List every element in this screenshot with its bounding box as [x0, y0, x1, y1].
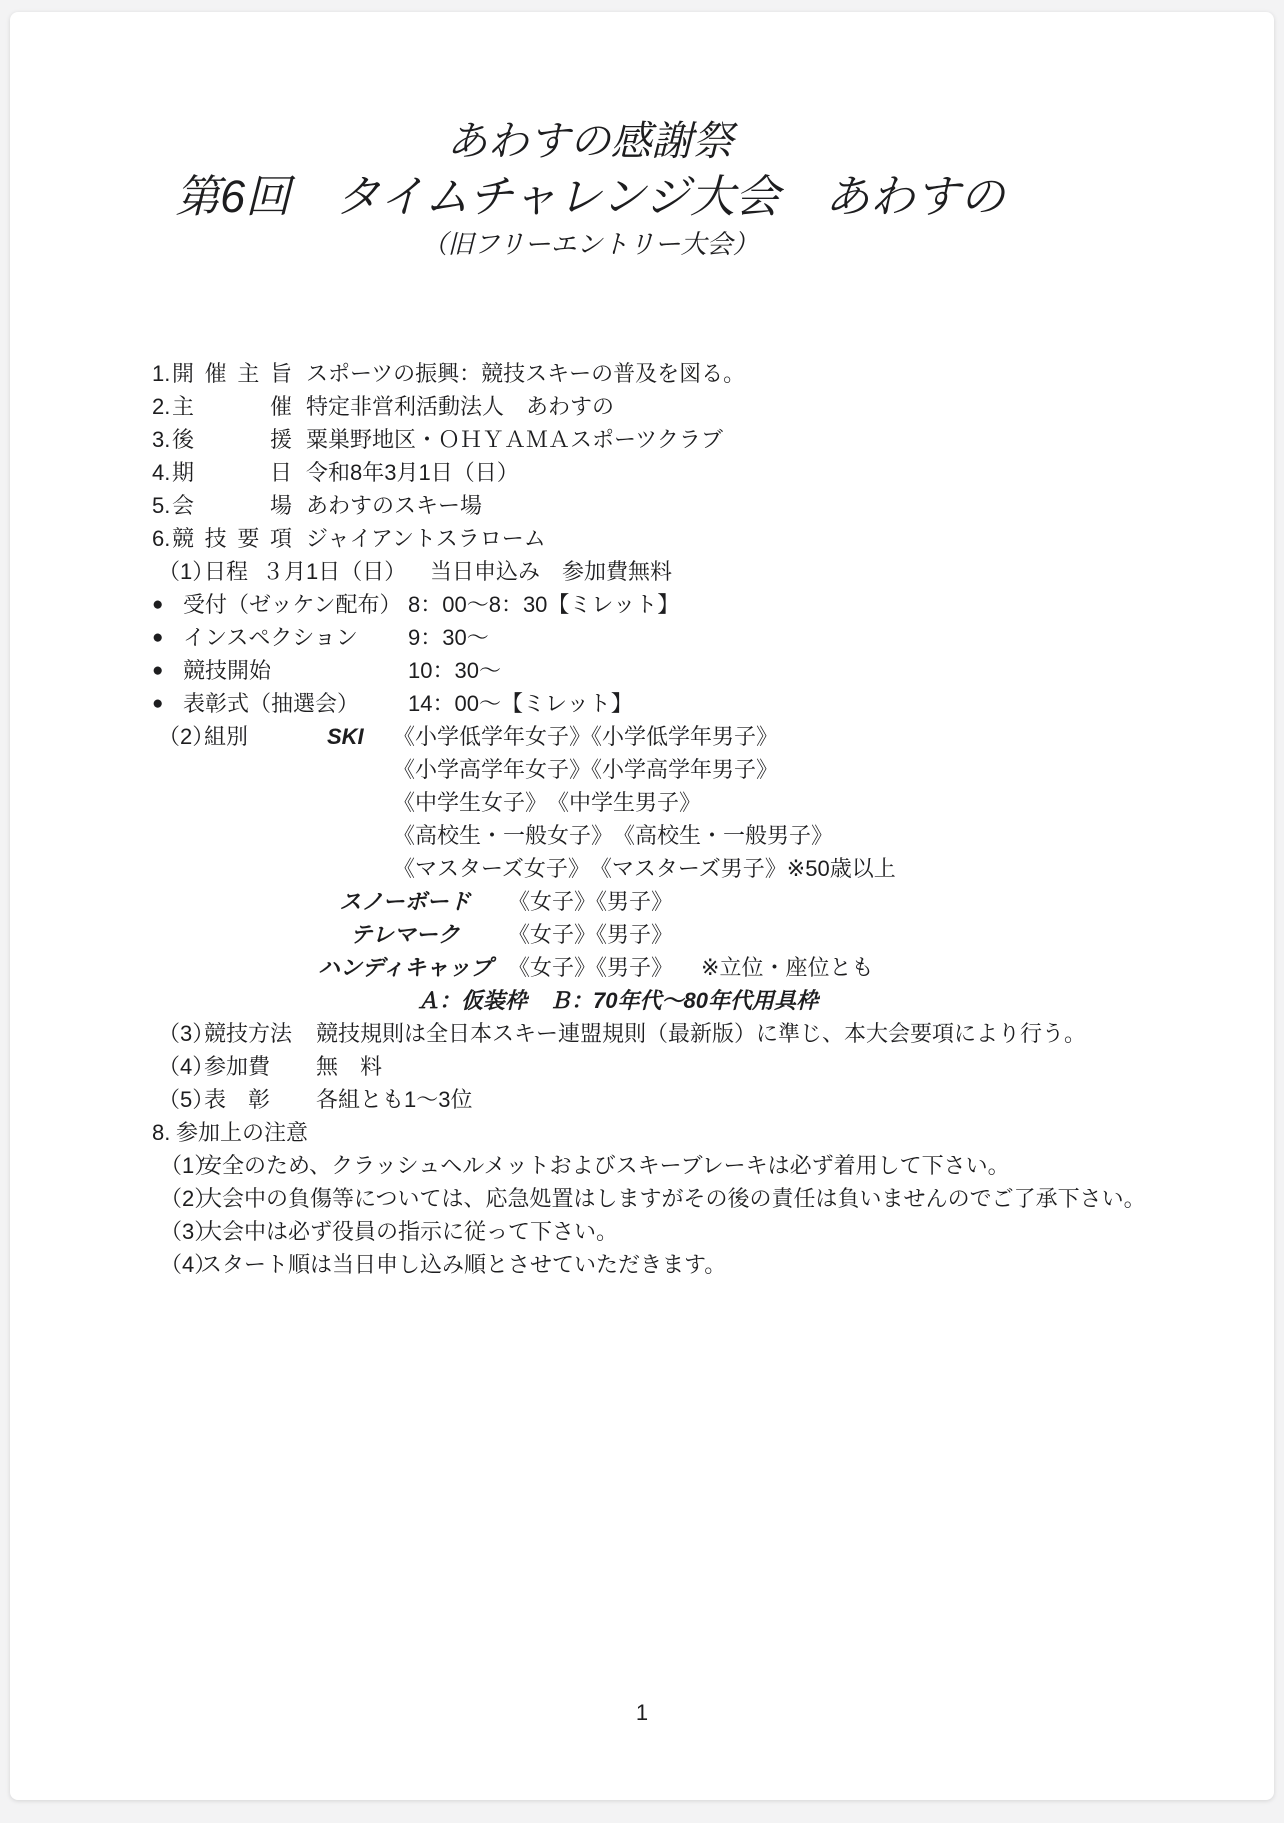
item-number: 2. — [152, 390, 170, 423]
item-label: 会場 — [172, 489, 292, 522]
schedule-label: 表彰式（抽選会） — [183, 687, 359, 720]
item-label: 競技要項 — [172, 522, 292, 555]
item-organizer: 2. 主催 特定非営利活動法人 あわすの — [10, 390, 1274, 423]
schedule-row-awards: ● 表彰式（抽選会） 14：00〜【ミレット】 — [10, 687, 1274, 720]
schedule-row-inspection: ● インスペクション 9：30〜 — [10, 621, 1274, 654]
schedule-label: 競技開始 — [183, 654, 271, 687]
discipline-cats-text: 《女子》《男子》 — [508, 889, 673, 914]
event-date-value: ３月1日（日） — [262, 555, 406, 588]
bullet-icon: ● — [152, 687, 163, 720]
groups-header-row: （2） 組別 SKI 《小学低学年女子》《小学低学年男子》 — [10, 720, 1274, 753]
doc-subtitle: （旧フリーエントリー大会） — [10, 224, 1170, 261]
discipline-row-handicap: ハンディキャップ 《女子》《男子》※立位・座位とも — [10, 951, 1274, 984]
document-page: あわすの感謝祭 第6回 タイムチャレンジ大会 あわすの （旧フリーエントリー大会… — [10, 12, 1274, 1800]
schedule-label: インスペクション — [183, 621, 358, 654]
discipline-categories: 《女子》《男子》 — [508, 885, 701, 918]
rule-label: 表 彰 — [204, 1083, 270, 1116]
doc-title-line1: あわすの感謝祭 — [10, 108, 1170, 167]
rule-row-awards: （5） 表 彰 各組とも1〜3位 — [10, 1083, 1274, 1116]
rule-value: 各組とも1〜3位 — [316, 1083, 472, 1116]
discipline-categories: 《女子》《男子》 — [508, 918, 701, 951]
rule-label: 競技方法 — [204, 1017, 292, 1050]
item-number: 1. — [152, 357, 170, 390]
event-date-extra: 当日申込み 参加費無料 — [430, 555, 672, 588]
note-row-injury: （2） 大会中の負傷等については、応急処置はしますがその後の責任は負いませんので… — [10, 1182, 1274, 1215]
doc-title-line2: 第6回 タイムチャレンジ大会 あわすの — [10, 160, 1170, 225]
notes-heading: 参加上の注意 — [176, 1116, 308, 1149]
item-label: 開催主旨 — [172, 357, 292, 390]
discipline-row-telemark: テレマーク 《女子》《男子》 — [10, 918, 1274, 951]
note-text: 大会中は必ず役員の指示に従って下さい。 — [200, 1215, 618, 1248]
item-event-outline: 6. 競技要項 ジャイアントスラローム — [10, 522, 1274, 555]
discipline-name: ハンディキャップ — [295, 951, 515, 984]
schedule-time: 14：00〜【ミレット】 — [408, 687, 633, 720]
document-body: 1. 開催主旨 スポーツの振興：競技スキーの普及を図る。 2. 主催 特定非営利… — [10, 357, 1274, 1281]
group-categories: 《小学低学年女子》《小学低学年男子》 — [393, 720, 778, 753]
schedule-time: 8：00〜8：30【ミレット】 — [408, 588, 679, 621]
sub-label: 日程 — [204, 555, 248, 588]
rule-row-method: （3） 競技方法 競技規則は全日本スキー連盟規則（最新版）に準じ、本大会要項によ… — [10, 1017, 1274, 1050]
page-number: 1 — [10, 1700, 1274, 1726]
item-date: 4. 期日 令和8年3月1日（日） — [10, 456, 1274, 489]
item-value: ジャイアントスラローム — [306, 522, 546, 555]
discipline-name: スノーボード — [295, 885, 515, 918]
item-number: 3. — [152, 423, 170, 456]
item-venue: 5. 会場 あわすのスキー場 — [10, 489, 1274, 522]
discipline-note: ※立位・座位とも — [701, 955, 873, 980]
discipline-row-snowboard: スノーボード 《女子》《男子》 — [10, 885, 1274, 918]
item-value: 特定非営利活動法人 あわすの — [306, 390, 614, 423]
discipline-cats-text: 《女子》《男子》 — [508, 922, 673, 947]
item-support: 3. 後援 粟巣野地区・ＯＨＹＡＭＡスポーツクラブ — [10, 423, 1274, 456]
group-categories: 《中学生女子》 《中学生男子》 — [393, 786, 701, 819]
groups-row: 《高校生・一般女子》 《高校生・一般男子》 — [10, 819, 1274, 852]
sub-label: 組別 — [204, 720, 248, 753]
rule-value: 競技規則は全日本スキー連盟規則（最新版）に準じ、本大会要項により行う。 — [316, 1017, 1086, 1050]
item-number: 8. — [152, 1116, 170, 1149]
group-categories: 《小学高学年女子》《小学高学年男子》 — [393, 753, 778, 786]
note-row-start-order: （4） スタート順は当日申し込み順とさせていただきます。 — [10, 1248, 1274, 1281]
note-text: 安全のため、クラッシュヘルメットおよびスキーブレーキは必ず着用して下さい。 — [200, 1149, 1010, 1182]
bullet-icon: ● — [152, 654, 163, 687]
item-value: あわすのスキー場 — [306, 489, 482, 522]
groups-row: 《小学高学年女子》《小学高学年男子》 — [10, 753, 1274, 786]
bullet-icon: ● — [152, 588, 163, 621]
item-number: 5. — [152, 489, 170, 522]
item-value: 粟巣野地区・ＯＨＹＡＭＡスポーツクラブ — [306, 423, 723, 456]
group-categories: 《高校生・一般女子》 《高校生・一般男子》 — [393, 819, 833, 852]
item-purpose: 1. 開催主旨 スポーツの振興：競技スキーの普及を図る。 — [10, 357, 1274, 390]
note-row-officials: （3） 大会中は必ず役員の指示に従って下さい。 — [10, 1215, 1274, 1248]
schedule-label: 受付（ゼッケン配布） — [183, 588, 401, 621]
rule-row-fee: （4） 参加費 無 料 — [10, 1050, 1274, 1083]
schedule-time: 9：30〜 — [408, 621, 489, 654]
item-value: スポーツの振興：競技スキーの普及を図る。 — [306, 357, 745, 390]
item-number: 6. — [152, 522, 170, 555]
rule-label: 参加費 — [204, 1050, 270, 1083]
event-date-row: （1） 日程 ３月1日（日） 当日申込み 参加費無料 — [10, 555, 1274, 588]
groups-row: 《マスターズ女子》 《マスターズ男子》※50歳以上 — [10, 852, 1274, 885]
schedule-row-reception: ● 受付（ゼッケン配布） 8：00〜8：30【ミレット】 — [10, 588, 1274, 621]
item-label: 主催 — [172, 390, 292, 423]
costume-gear-note: Ａ：仮装枠 Ｂ：70年代〜80年代用具枠 — [417, 984, 818, 1017]
note-text: スタート順は当日申し込み順とさせていただきます。 — [200, 1248, 726, 1281]
viewer-background: あわすの感謝祭 第6回 タイムチャレンジ大会 あわすの （旧フリーエントリー大会… — [0, 0, 1284, 1823]
bullet-icon: ● — [152, 621, 163, 654]
discipline-cats-text: 《女子》《男子》 — [508, 955, 673, 980]
notes-heading-row: 8. 参加上の注意 — [10, 1116, 1274, 1149]
rule-value: 無 料 — [316, 1050, 382, 1083]
groups-row: 《中学生女子》 《中学生男子》 — [10, 786, 1274, 819]
item-label: 期日 — [172, 456, 292, 489]
item-value: 令和8年3月1日（日） — [306, 456, 519, 489]
item-number: 4. — [152, 456, 170, 489]
schedule-time: 10：30〜 — [408, 654, 501, 687]
note-text: 大会中の負傷等については、応急処置はしますがその後の責任は負いませんのでご了承下… — [200, 1182, 1146, 1215]
ski-discipline-label: SKI — [327, 720, 364, 753]
item-label: 後援 — [172, 423, 292, 456]
group-categories: 《マスターズ女子》 《マスターズ男子》※50歳以上 — [393, 852, 896, 885]
discipline-name: テレマーク — [295, 918, 515, 951]
costume-gear-note-row: Ａ：仮装枠 Ｂ：70年代〜80年代用具枠 — [10, 984, 1274, 1017]
schedule-row-start: ● 競技開始 10：30〜 — [10, 654, 1274, 687]
discipline-categories: 《女子》《男子》※立位・座位とも — [508, 951, 873, 984]
note-row-helmet: （1） 安全のため、クラッシュヘルメットおよびスキーブレーキは必ず着用して下さい… — [10, 1149, 1274, 1182]
